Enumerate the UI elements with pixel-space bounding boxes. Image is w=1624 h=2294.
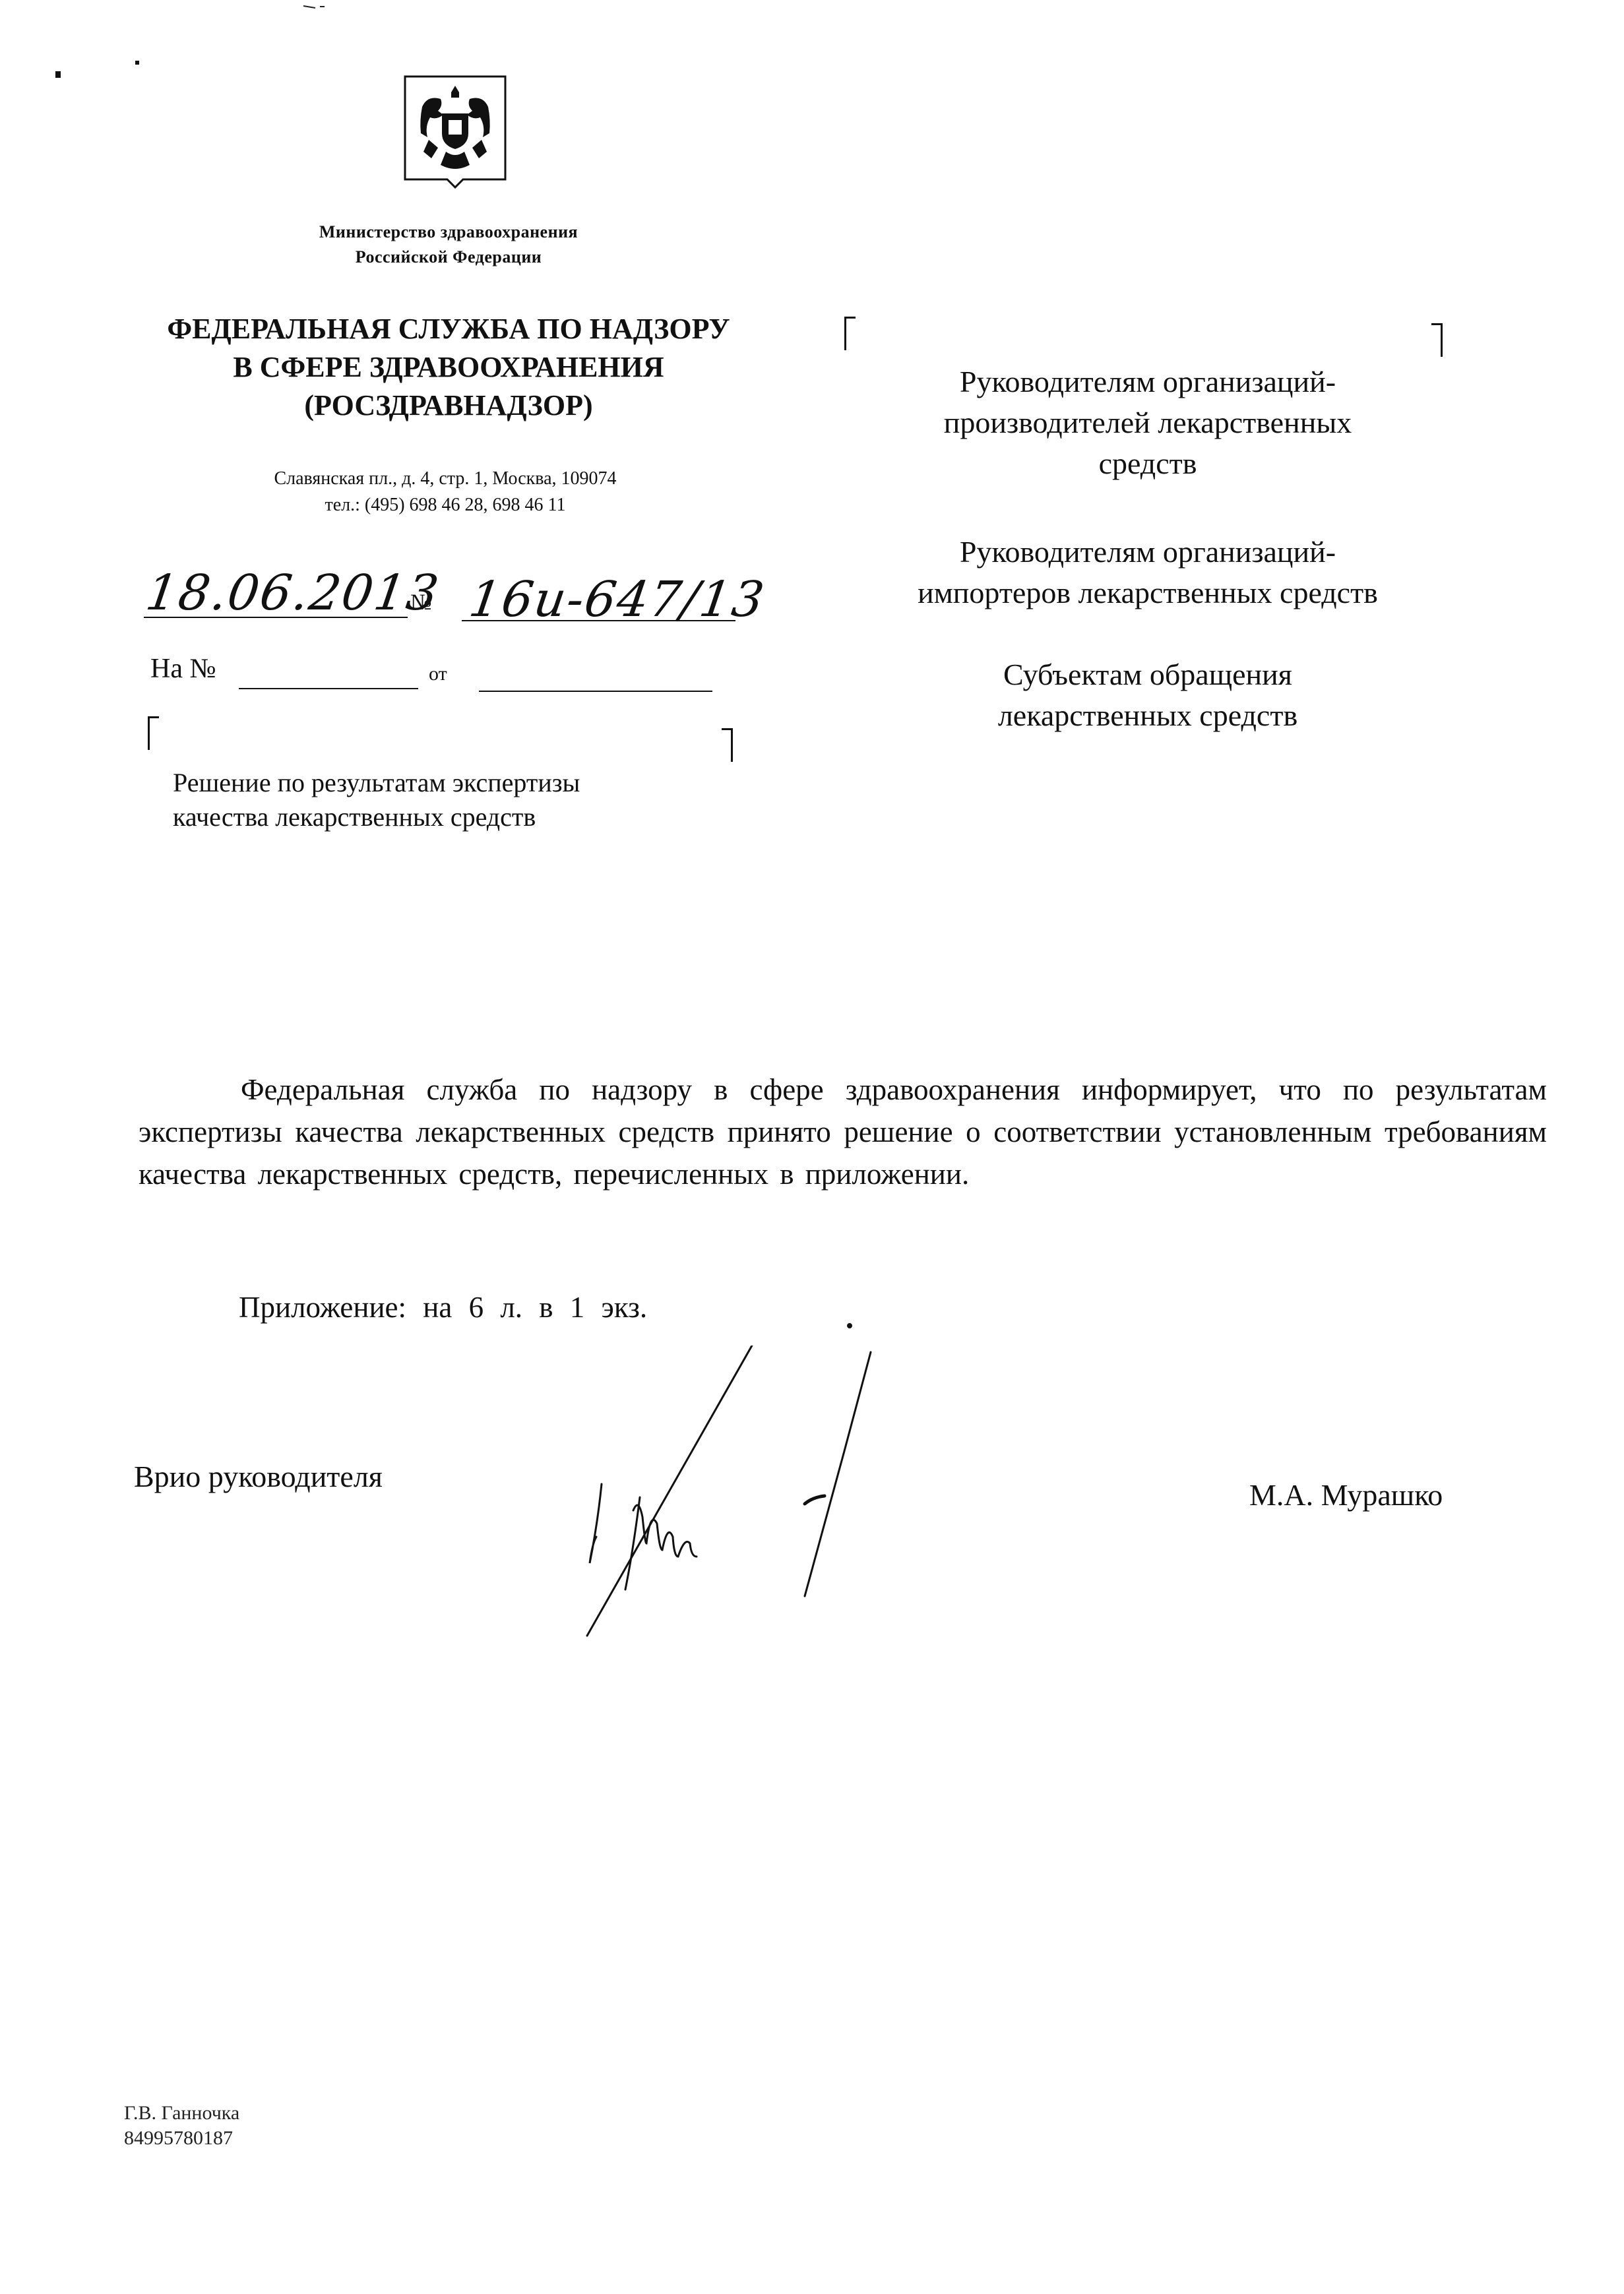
addressee-bracket-right	[1431, 323, 1443, 357]
reply-number-blank	[239, 688, 418, 689]
subject-bracket-right	[722, 728, 733, 762]
scan-speck	[847, 1323, 852, 1328]
attachment-note: Приложение: на 6 л. в 1 экз.	[239, 1290, 647, 1324]
reply-to-label: На №	[150, 653, 216, 685]
signature-icon	[528, 1346, 950, 1675]
number-sign: №	[410, 590, 431, 615]
executor-info: Г.В. Ганночка 84995780187	[124, 2101, 239, 2151]
agency-address: Славянская пл., д. 4, стр. 1, Москва, 10…	[165, 466, 726, 518]
subject-bracket-left	[148, 716, 159, 750]
recipient-manufacturers: Руководителям организаций- производителе…	[831, 361, 1464, 484]
letter-body: Федеральная служба по надзору в сфере зд…	[139, 1069, 1547, 1195]
recipient-circulation-subjects: Субъектам обращения лекарственных средст…	[831, 654, 1464, 736]
ministry-name: Министерство здравоохранения Российской …	[264, 220, 633, 270]
russian-coat-of-arms-icon	[402, 74, 508, 199]
reply-date-blank	[479, 691, 712, 692]
addressee-bracket-left	[844, 317, 856, 350]
date-underline	[144, 617, 408, 618]
signer-name: М.А. Мурашко	[1249, 1477, 1443, 1512]
scan-artifacts	[0, 0, 462, 86]
letter-subject: Решение по результатам экспертизы качест…	[173, 766, 766, 834]
registration-number: 16и-647/13	[466, 575, 768, 624]
registration-date: 18.06.2013	[143, 569, 443, 617]
recipients-block: Руководителям организаций- производителе…	[831, 361, 1464, 784]
agency-name: ФЕДЕРАЛЬНАЯ СЛУЖБА ПО НАДЗОРУ В СФЕРЕ ЗД…	[132, 310, 765, 425]
recipient-importers: Руководителям организаций- импортеров ле…	[831, 532, 1464, 613]
reply-from-label: от	[429, 663, 447, 685]
number-underline	[462, 620, 735, 621]
signer-title: Врио руководителя	[134, 1459, 383, 1494]
